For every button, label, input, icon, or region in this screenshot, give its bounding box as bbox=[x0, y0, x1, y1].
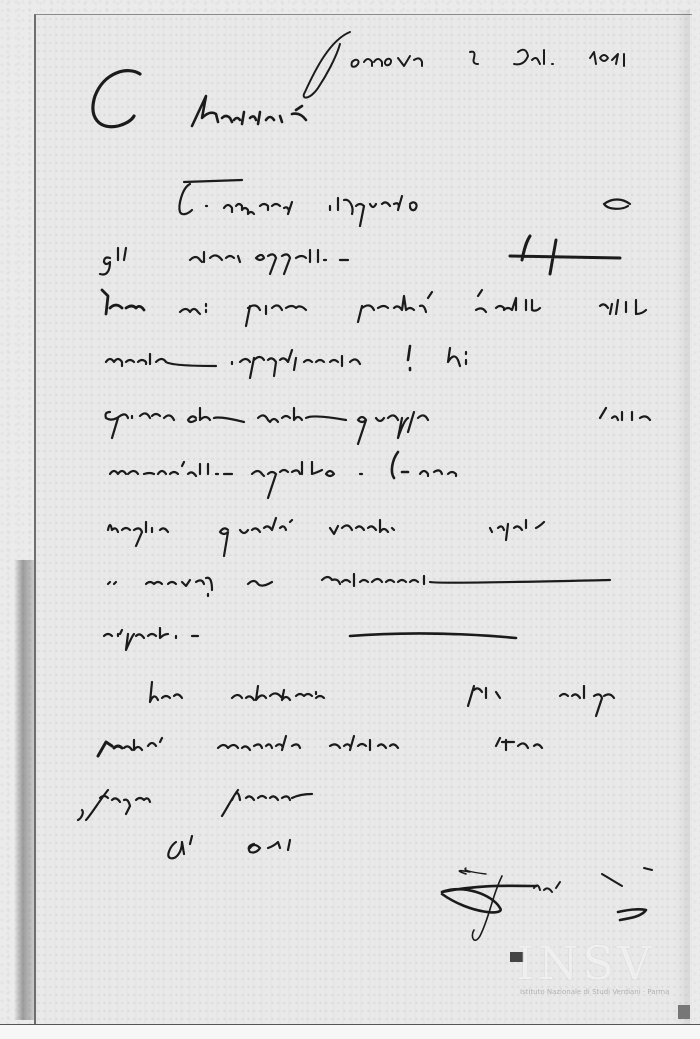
body-line-7-ink bbox=[108, 518, 544, 556]
archive-watermark: INSV Istituto Nazionale di Studi Verdian… bbox=[510, 936, 660, 1006]
body-line-1-ink bbox=[179, 180, 630, 226]
handwriting-ink bbox=[0, 0, 700, 1039]
watermark-subtitle: Istituto Nazionale di Studi Verdiani · P… bbox=[520, 988, 669, 996]
signature-ink bbox=[442, 868, 652, 940]
body-line-3-ink bbox=[102, 290, 646, 326]
salutation-ink bbox=[93, 71, 306, 127]
body-line-8-ink bbox=[108, 574, 610, 596]
place-date-ink bbox=[304, 32, 624, 98]
body-line-6-ink bbox=[110, 452, 456, 498]
body-line-2-ink bbox=[100, 236, 620, 275]
corner-marker bbox=[678, 1005, 690, 1019]
body-line-9-ink bbox=[104, 628, 516, 650]
body-line-12-ink bbox=[78, 790, 312, 820]
body-line-5-ink bbox=[106, 408, 651, 444]
body-line-11-ink bbox=[98, 736, 542, 756]
body-line-10-ink bbox=[150, 682, 614, 716]
scan-bottom-edge bbox=[0, 1024, 700, 1039]
watermark-logo-text: INSV bbox=[516, 936, 655, 990]
closing-ink bbox=[168, 836, 290, 858]
body-line-4-ink bbox=[106, 346, 466, 378]
